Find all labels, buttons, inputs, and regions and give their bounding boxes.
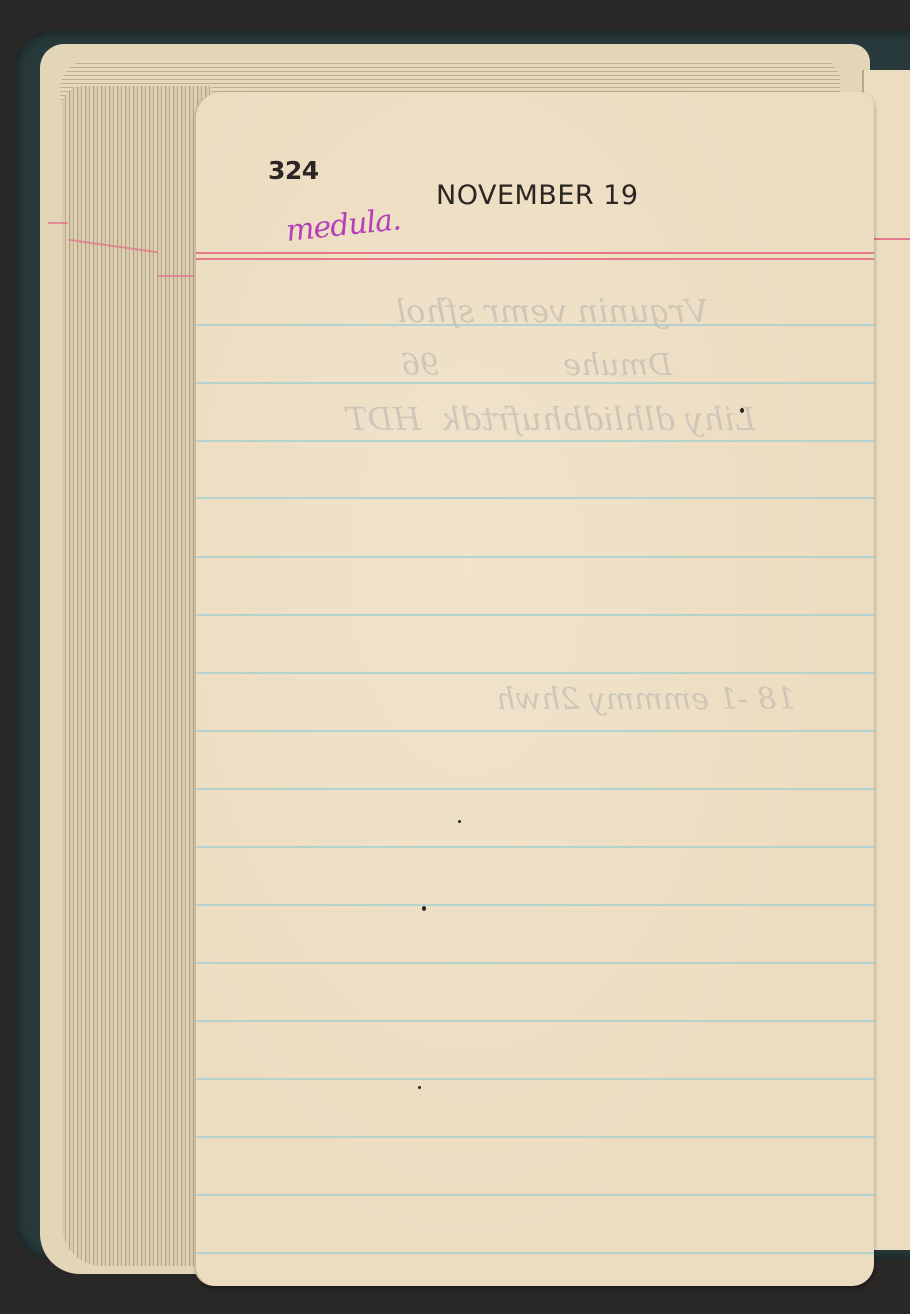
ruled-line bbox=[196, 1078, 874, 1080]
ruled-line bbox=[196, 962, 874, 964]
ruled-line bbox=[196, 672, 874, 674]
ink-speck bbox=[740, 408, 744, 413]
bleed-through-line: Lihy dlhlidbhufrtdk HDT bbox=[346, 400, 755, 438]
ruled-line bbox=[196, 1136, 874, 1138]
stack-red-rule bbox=[158, 275, 200, 277]
date-heading: NOVEMBER 19 bbox=[436, 180, 639, 211]
ruled-line bbox=[196, 440, 874, 442]
header-rule-top bbox=[196, 252, 874, 254]
ink-speck bbox=[418, 1086, 421, 1089]
stack-red-rule bbox=[48, 222, 68, 224]
ruled-line bbox=[196, 497, 874, 499]
ruled-line bbox=[196, 1252, 874, 1254]
ruled-line bbox=[196, 1194, 874, 1196]
ruled-line bbox=[196, 904, 874, 906]
ink-speck bbox=[458, 820, 461, 823]
ruled-line bbox=[196, 614, 874, 616]
ruled-line bbox=[196, 556, 874, 558]
diary-photo: 324 NOVEMBER 19 medula. Vrgunin vemr sfh… bbox=[0, 0, 910, 1314]
ruled-line bbox=[196, 730, 874, 732]
handwritten-note: medula. bbox=[284, 202, 402, 249]
page-number: 324 bbox=[268, 156, 319, 185]
header-rule-bottom bbox=[196, 258, 874, 260]
page-stack-left-edges bbox=[62, 86, 212, 1266]
ruled-line bbox=[196, 1020, 874, 1022]
diary-page: 324 NOVEMBER 19 medula. Vrgunin vemr sfh… bbox=[196, 92, 874, 1286]
ruled-line bbox=[196, 382, 874, 384]
bleed-through-line: Dmuhe 96 bbox=[401, 348, 672, 383]
ruled-line bbox=[196, 846, 874, 848]
ink-speck bbox=[422, 906, 426, 911]
ruled-line bbox=[196, 324, 874, 326]
ruled-line bbox=[196, 788, 874, 790]
bleed-through-line: 18 -1 emmmy 2hwh bbox=[496, 682, 795, 717]
